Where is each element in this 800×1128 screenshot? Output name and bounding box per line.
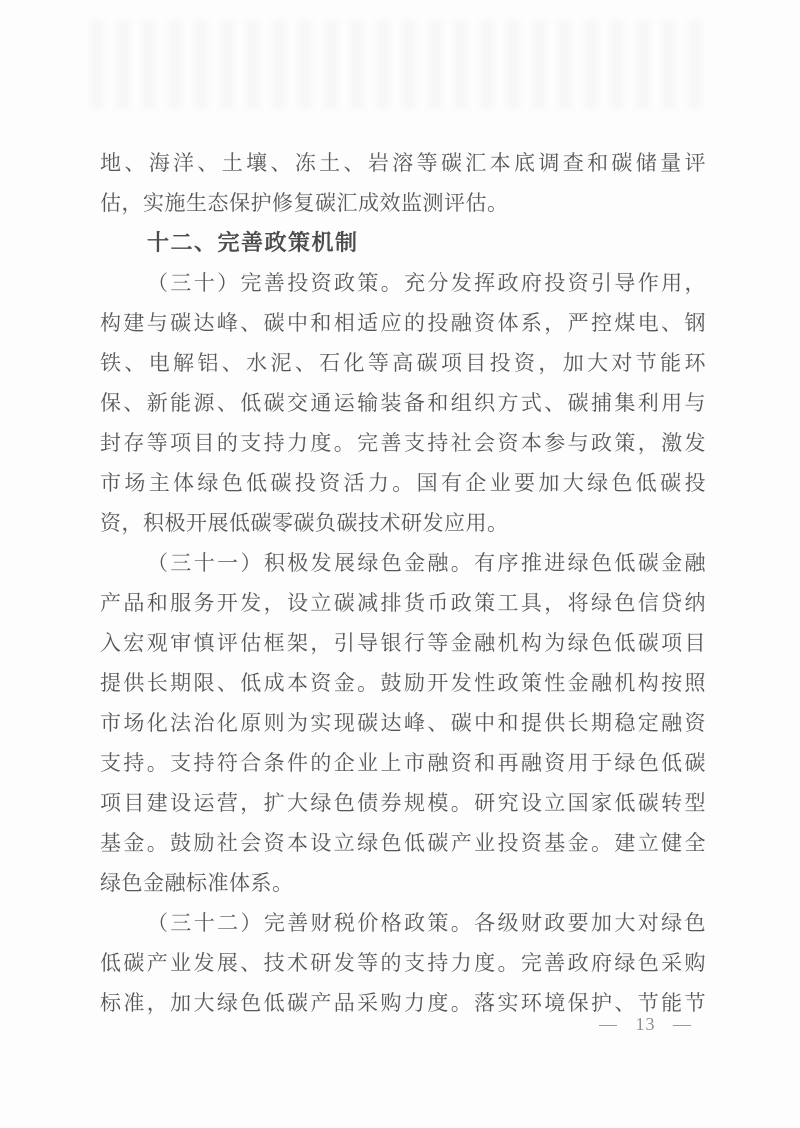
document-page: 地、海洋、土壤、冻土、岩溶等碳汇本底调查和碳储量评估，实施生态保护修复碳汇成效监… <box>0 0 800 1128</box>
text-line: 项目建设运营，扩大绿色债券规模。研究设立国家低碳转型 <box>100 783 706 823</box>
section-heading: 十二、完善政策机制 <box>100 223 706 263</box>
text-line: 铁、电解铝、水泥、石化等高碳项目投资，加大对节能环 <box>100 343 706 383</box>
text-line: 地、海洋、土壤、冻土、岩溶等碳汇本底调查和碳储量评 <box>100 143 706 183</box>
text-line: 保、新能源、低碳交通运输装备和组织方式、碳捕集利用与 <box>100 383 706 423</box>
text-line: 产品和服务开发，设立碳减排货币政策工具，将绿色信贷纳 <box>100 583 706 623</box>
text-line: 市场化法治化原则为实现碳达峰、碳中和提供长期稳定融资 <box>100 703 706 743</box>
text-line: 基金。鼓励社会资本设立绿色低碳产业投资基金。建立健全 <box>100 823 706 863</box>
scan-bleed-artifact <box>90 20 710 110</box>
text-line: 市场主体绿色低碳投资活力。国有企业要加大绿色低碳投 <box>100 463 706 503</box>
text-line: 构建与碳达峰、碳中和相适应的投融资体系，严控煤电、钢 <box>100 303 706 343</box>
text-line: 支持。支持符合条件的企业上市融资和再融资用于绿色低碳 <box>100 743 706 783</box>
text-line: （三十一）积极发展绿色金融。有序推进绿色低碳金融 <box>100 543 706 583</box>
text-line: 提供长期限、低成本资金。鼓励开发性政策性金融机构按照 <box>100 663 706 703</box>
text-line: 低碳产业发展、技术研发等的支持力度。完善政府绿色采购 <box>100 943 706 983</box>
text-line: （三十）完善投资政策。充分发挥政府投资引导作用， <box>100 263 706 303</box>
text-line: 估，实施生态保护修复碳汇成效监测评估。 <box>100 183 706 223</box>
document-body: 地、海洋、土壤、冻土、岩溶等碳汇本底调查和碳储量评估，实施生态保护修复碳汇成效监… <box>100 143 706 1023</box>
text-line: （三十二）完善财税价格政策。各级财政要加大对绿色 <box>100 903 706 943</box>
text-line: 绿色金融标准体系。 <box>100 863 706 903</box>
text-line: 入宏观审慎评估框架，引导银行等金融机构为绿色低碳项目 <box>100 623 706 663</box>
text-line: 封存等项目的支持力度。完善支持社会资本参与政策，激发 <box>100 423 706 463</box>
text-line: 资，积极开展低碳零碳负碳技术研发应用。 <box>100 503 706 543</box>
page-number: — 13 — <box>0 1010 692 1038</box>
